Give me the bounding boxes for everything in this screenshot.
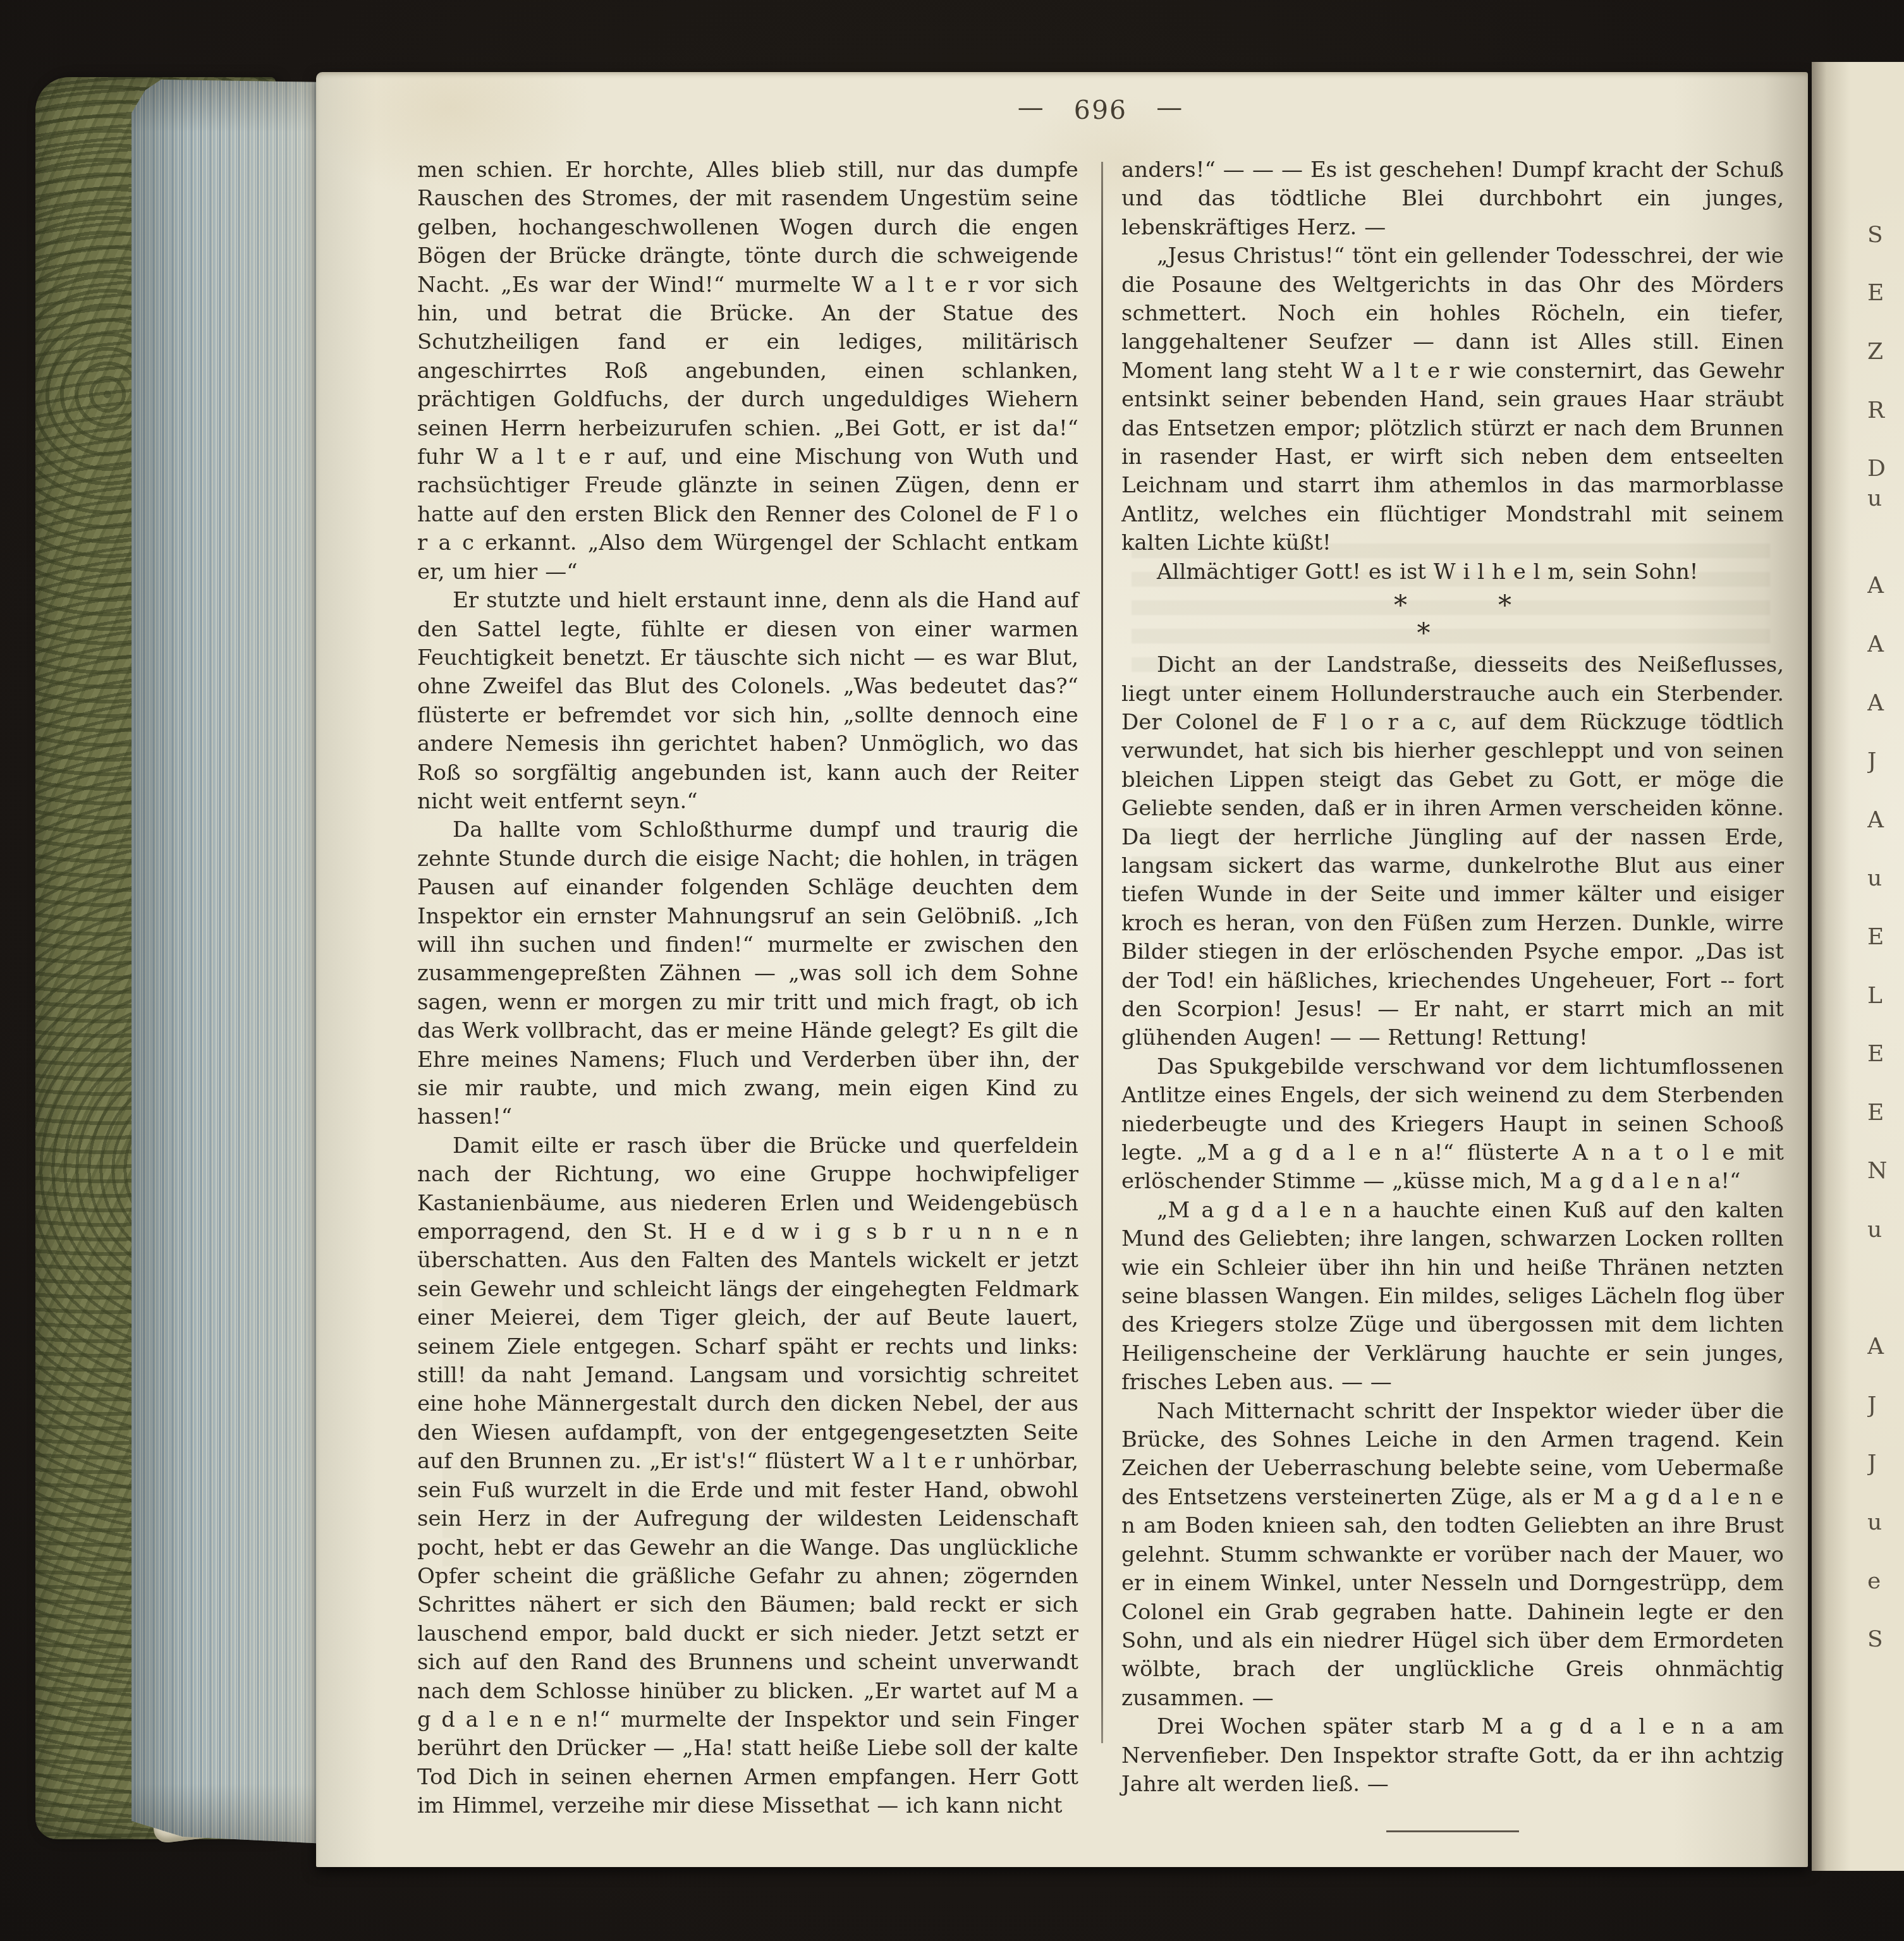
cut-off-letter xyxy=(1867,1596,1904,1625)
cut-off-letter xyxy=(1867,777,1904,806)
cut-off-letter: R xyxy=(1867,396,1904,425)
cut-off-letter: u xyxy=(1867,864,1904,893)
cut-off-letter xyxy=(1867,542,1904,571)
next-page-text-edge: SEZRDuAAAJAuELEENuAJJueS xyxy=(1867,133,1904,1742)
cut-off-letter xyxy=(1867,1011,1904,1040)
cut-off-letter: J xyxy=(1867,1391,1904,1420)
cut-off-letter: u xyxy=(1867,1508,1904,1537)
cut-off-letter xyxy=(1867,952,1904,981)
cut-off-letter xyxy=(1867,1537,1904,1566)
cut-off-letter: A xyxy=(1867,1332,1904,1361)
story-end-rule xyxy=(1386,1830,1519,1832)
cut-off-letter: E xyxy=(1867,1040,1904,1069)
header-dash-right: — xyxy=(1156,94,1183,121)
asterisk-separator: ** * xyxy=(1121,592,1784,647)
paragraph: „M a g d a l e n a hauchte einen Kuß auf… xyxy=(1121,1196,1784,1397)
cut-off-letter: L xyxy=(1867,982,1904,1011)
cut-off-letter xyxy=(1867,1713,1904,1742)
cut-off-letter xyxy=(1867,308,1904,338)
cut-off-letter: e xyxy=(1867,1567,1904,1596)
cut-off-letter xyxy=(1867,835,1904,864)
cut-off-letter: A xyxy=(1867,630,1904,659)
paragraph: Das Spukgebilde verschwand vor dem licht… xyxy=(1121,1053,1784,1196)
paragraph: Damit eilte er rasch über die Brücke und… xyxy=(417,1132,1078,1821)
cut-off-letter: E xyxy=(1867,1098,1904,1128)
cut-off-letter: D xyxy=(1867,454,1904,484)
cut-off-letter: A xyxy=(1867,806,1904,835)
paragraph: Allmächtiger Gott! es ist W i l h e l m,… xyxy=(1121,558,1784,587)
cut-off-letter: S xyxy=(1867,221,1904,250)
cut-off-letter xyxy=(1867,1303,1904,1332)
cut-off-letter: E xyxy=(1867,279,1904,308)
asterisk-icon: * xyxy=(1394,592,1407,619)
right-column-paragraphs-lower: Dicht an der Landstraße, diesseits des N… xyxy=(1121,651,1784,1799)
cut-off-letter: E xyxy=(1867,923,1904,952)
next-page-sliver: SEZRDuAAAJAuELEENuAJJueS xyxy=(1812,62,1904,1871)
cut-off-letter: J xyxy=(1867,1449,1904,1478)
right-column-paragraphs-upper: „Jesus Christus!“ tönt ein gellender Tod… xyxy=(1121,242,1784,587)
cut-off-letter: S xyxy=(1867,1625,1904,1654)
cut-off-letter xyxy=(1867,162,1904,191)
cut-off-letter xyxy=(1867,659,1904,688)
cut-off-letter xyxy=(1867,601,1904,630)
cut-off-letter xyxy=(1867,425,1904,454)
cut-off-letter xyxy=(1867,367,1904,396)
cut-off-letter: N xyxy=(1867,1157,1904,1186)
paragraph-continuation: anders!“ — — — Es ist geschehen! Dumpf k… xyxy=(1121,156,1784,242)
column-divider xyxy=(1101,162,1103,1743)
scanned-book-photo: —696— men schien. Er horchte, Alles blie… xyxy=(0,0,1904,1941)
cut-off-letter xyxy=(1867,513,1904,542)
paragraph: Da hallte vom Schloßthurme dumpf und tra… xyxy=(417,816,1078,1131)
cut-off-letter xyxy=(1867,1420,1904,1449)
cut-off-letter: u xyxy=(1867,484,1904,513)
cut-off-letter xyxy=(1867,718,1904,747)
paragraph-continuation: men schien. Er horchte, Alles blieb stil… xyxy=(417,156,1078,587)
cut-off-letter xyxy=(1867,894,1904,923)
left-text-column: men schien. Er horchte, Alles blieb stil… xyxy=(417,156,1078,1821)
cut-off-letter xyxy=(1867,1186,1904,1215)
cut-off-letter xyxy=(1867,133,1904,162)
paragraph: Dicht an der Landstraße, diesseits des N… xyxy=(1121,651,1784,1053)
cut-off-letter xyxy=(1867,192,1904,221)
cut-off-letter xyxy=(1867,1069,1904,1098)
cut-off-letter: A xyxy=(1867,571,1904,600)
cut-off-letter xyxy=(1867,1128,1904,1157)
cut-off-letter xyxy=(1867,1361,1904,1390)
cut-off-letter xyxy=(1867,1684,1904,1713)
header-dash-left: — xyxy=(1018,94,1045,121)
cut-off-letter: J xyxy=(1867,747,1904,776)
cut-off-letter: u xyxy=(1867,1215,1904,1244)
paragraph: Drei Wochen später starb M a g d a l e n… xyxy=(1121,1713,1784,1799)
paragraph: Nach Mitternacht schritt der Inspektor w… xyxy=(1121,1397,1784,1713)
cut-off-letter xyxy=(1867,250,1904,279)
left-column-paragraphs: Er stutzte und hielt erstaunt inne, denn… xyxy=(417,587,1078,1820)
paragraph: Er stutzte und hielt erstaunt inne, denn… xyxy=(417,587,1078,816)
right-text-column: anders!“ — — — Es ist geschehen! Dumpf k… xyxy=(1121,156,1784,1832)
running-head: —696— xyxy=(417,96,1784,124)
cut-off-letter xyxy=(1867,1654,1904,1683)
cut-off-letter: A xyxy=(1867,689,1904,718)
cut-off-letter xyxy=(1867,1274,1904,1303)
page-stack-fore-edge xyxy=(131,80,329,1846)
cut-off-letter xyxy=(1867,1244,1904,1274)
asterisk-icon: * xyxy=(1498,592,1511,619)
page-number: 696 xyxy=(1074,95,1127,125)
asterisk-icon: * xyxy=(1417,619,1431,647)
cut-off-letter xyxy=(1867,1479,1904,1508)
paragraph: „Jesus Christus!“ tönt ein gellender Tod… xyxy=(1121,242,1784,557)
cut-off-letter: Z xyxy=(1867,338,1904,367)
